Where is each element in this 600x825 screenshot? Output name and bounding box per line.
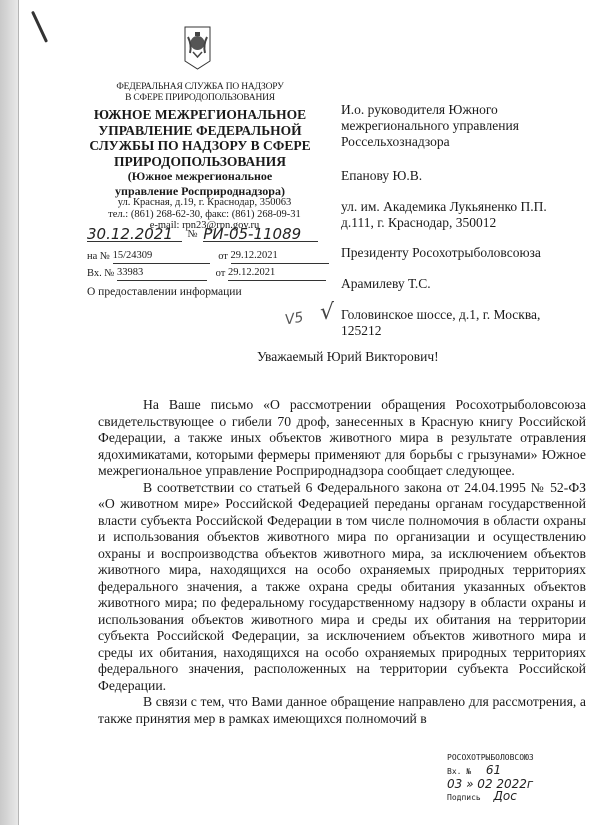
addressee-address-line: 125212 [341, 323, 540, 339]
incoming-label: Вх. № [87, 268, 114, 279]
incoming-registration: Вх. № 33983 от 29.12.2021 [87, 266, 326, 280]
reply-to-number: 15/24309 [113, 249, 210, 264]
stamp-incoming-label: Вх. № [447, 767, 471, 776]
outgoing-registration: 30.12.2021 № РИ-05-11089 [87, 227, 318, 241]
addressee-title-line: И.о. руководителя Южного [341, 102, 519, 118]
org-line: УПРАВЛЕНИЕ ФЕДЕРАЛЬНОЙ [80, 123, 320, 139]
reply-to-registration: на № 15/24309 от 29.12.2021 [87, 249, 329, 263]
org-line: ЮЖНОЕ МЕЖРЕГИОНАЛЬНОЕ [80, 107, 320, 123]
org-line: СЛУЖБЫ ПО НАДЗОРУ В СФЕРЕ [80, 138, 320, 154]
stamp-signature-label: Подпись [447, 793, 481, 802]
service-line-2: В СФЕРЕ ПРИРОДОПОЛЬЗОВАНИЯ [80, 93, 320, 104]
organization-short-name: (Южное межрегиональное управление Роспри… [80, 169, 320, 199]
scan-edge-shadow [0, 0, 19, 825]
org-line: ПРИРОДОПОЛЬЗОВАНИЯ [80, 154, 320, 170]
reply-to-label: на № [87, 251, 110, 262]
org-short-line: (Южное межрегиональное [80, 169, 320, 184]
outgoing-number: РИ-05-11089 [203, 227, 318, 242]
addressee-2-name: Арамилеву Т.С. [341, 276, 431, 292]
body-paragraph: В связи с тем, что Вами данное обращение… [98, 694, 586, 727]
addressee-title-line: Россельхознадзора [341, 134, 519, 150]
letter-body: На Ваше письмо «О рассмотрении обращения… [98, 397, 586, 727]
coat-of-arms-icon [183, 25, 212, 71]
addressee-1-title: И.о. руководителя Южного межрегиональног… [341, 102, 519, 150]
service-name: ФЕДЕРАЛЬНАЯ СЛУЖБА ПО НАДЗОРУ В СФЕРЕ ПР… [80, 82, 320, 104]
letter-subject: О предоставлении информации [87, 286, 242, 298]
stamp-incoming-number: 61 [486, 763, 501, 777]
addressee-1-address: ул. им. Академика Лукьяненко П.П. д.111,… [341, 199, 547, 231]
from-label: от [218, 251, 228, 262]
incoming-date: 29.12.2021 [228, 266, 326, 281]
addressee-2-address: Головинское шоссе, д.1, г. Москва, 12521… [341, 307, 540, 339]
addressee-address-line: д.111, г. Краснодар, 350012 [341, 215, 547, 231]
pen-mark [31, 11, 48, 43]
number-label: № [188, 229, 198, 240]
addressee-2-title: Президенту Росохотрыболовсоюза [341, 245, 541, 261]
stamp-incoming-row: Вх. № 61 [447, 764, 567, 778]
addressee-address-line: Головинское шоссе, д.1, г. Москва, [341, 307, 540, 323]
body-paragraph: В соответствии со статьей 6 Федерального… [98, 480, 586, 695]
outgoing-date: 30.12.2021 [87, 227, 182, 242]
reply-to-date: 29.12.2021 [231, 249, 329, 264]
checkmark-icon: √ [320, 300, 334, 325]
from-label: от [216, 268, 226, 279]
org-address: ул. Красная, д.19, г. Краснодар, 350063 [72, 197, 337, 209]
addressee-1-name: Епанову Ю.В. [341, 168, 422, 184]
organization-name: ЮЖНОЕ МЕЖРЕГИОНАЛЬНОЕ УПРАВЛЕНИЕ ФЕДЕРАЛ… [80, 107, 320, 169]
salutation: Уважаемый Юрий Викторович! [257, 349, 439, 365]
incoming-stamp: РОСОХОТРЫБОЛОВСОЮЗ Вх. № 61 03 » 02 2022… [447, 752, 567, 804]
addressee-address-line: ул. им. Академика Лукьяненко П.П. [341, 199, 547, 215]
addressee-title-line: межрегионального управления [341, 118, 519, 134]
stamp-signature: Дос [494, 789, 517, 803]
stamp-signature-row: Подпись Дос [447, 790, 567, 804]
service-line-1: ФЕДЕРАЛЬНАЯ СЛУЖБА ПО НАДЗОРУ [80, 82, 320, 93]
body-paragraph: На Ваше письмо «О рассмотрении обращения… [98, 397, 586, 480]
incoming-number: 33983 [117, 266, 207, 281]
handwritten-initials: V5 [284, 310, 305, 329]
stamp-org: РОСОХОТРЫБОЛОВСОЮЗ [447, 752, 567, 764]
org-phone: тел.: (861) 268-62-30, факс: (861) 268-0… [72, 209, 337, 221]
